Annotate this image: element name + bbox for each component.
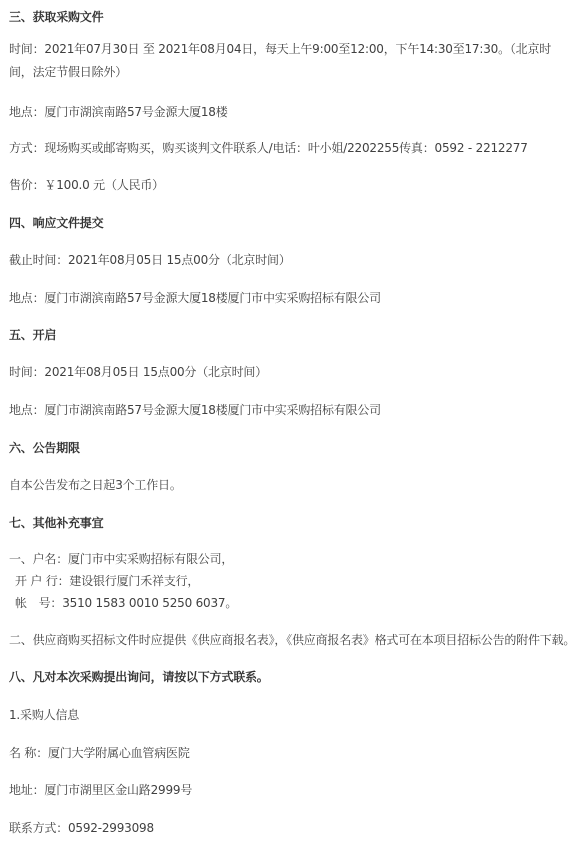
purchaser-info-title: 1.采购人信息	[9, 707, 568, 723]
section-heading-inquiries: 八、凡对本次采购提出询问，请按以下方式联系。	[9, 669, 568, 685]
section-heading-obtain-documents: 三、获取采购文件	[9, 9, 568, 25]
notice-period-text: 自本公告发布之日起3个工作日。	[9, 477, 568, 493]
opening-time-text: 时间：2021年08月05日 15点00分（北京时间）	[9, 364, 568, 380]
purchaser-contact-text: 联系方式：0592-2993098	[9, 820, 568, 836]
obtain-location-text: 地点：厦门市湖滨南路57号金源大厦18楼	[9, 104, 568, 120]
submission-location-text: 地点：厦门市湖滨南路57号金源大厦18楼厦门市中实采购招标有限公司	[9, 290, 568, 306]
document-price-text: 售价：￥100.0 元（人民币）	[9, 177, 568, 193]
account-name-text: 一、户名：厦门市中实采购招标有限公司，	[9, 551, 568, 567]
obtain-time-text: 时间：2021年07月30日 至 2021年08月04日，每天上午9:00至12…	[9, 38, 568, 84]
section-heading-response-submission: 四、响应文件提交	[9, 215, 568, 231]
opening-location-text: 地点：厦门市湖滨南路57号金源大厦18楼厦门市中实采购招标有限公司	[9, 402, 568, 418]
section-heading-notice-period: 六、公告期限	[9, 440, 568, 456]
section-heading-other-matters: 七、其他补充事宜	[9, 515, 568, 531]
section-heading-opening: 五、开启	[9, 327, 568, 343]
submission-deadline-text: 截止时间：2021年08月05日 15点00分（北京时间）	[9, 252, 568, 268]
bank-name-text: 开 户 行：建设银行厦门禾祥支行，	[15, 573, 568, 589]
purchaser-name-text: 名 称：厦门大学附属心血管病医院	[9, 745, 568, 761]
account-number-text: 帐 号：3510 1583 0010 5250 6037。	[15, 595, 568, 611]
obtain-method-text: 方式：现场购买或邮寄购买，购买谈判文件联系人/电话：叶小姐/2202255传真：…	[9, 140, 568, 156]
registration-form-note: 二、供应商购买招标文件时应提供《供应商报名表》，《供应商报名表》格式可在本项目招…	[9, 632, 568, 648]
purchaser-address-text: 地址：厦门市湖里区金山路2999号	[9, 782, 568, 798]
